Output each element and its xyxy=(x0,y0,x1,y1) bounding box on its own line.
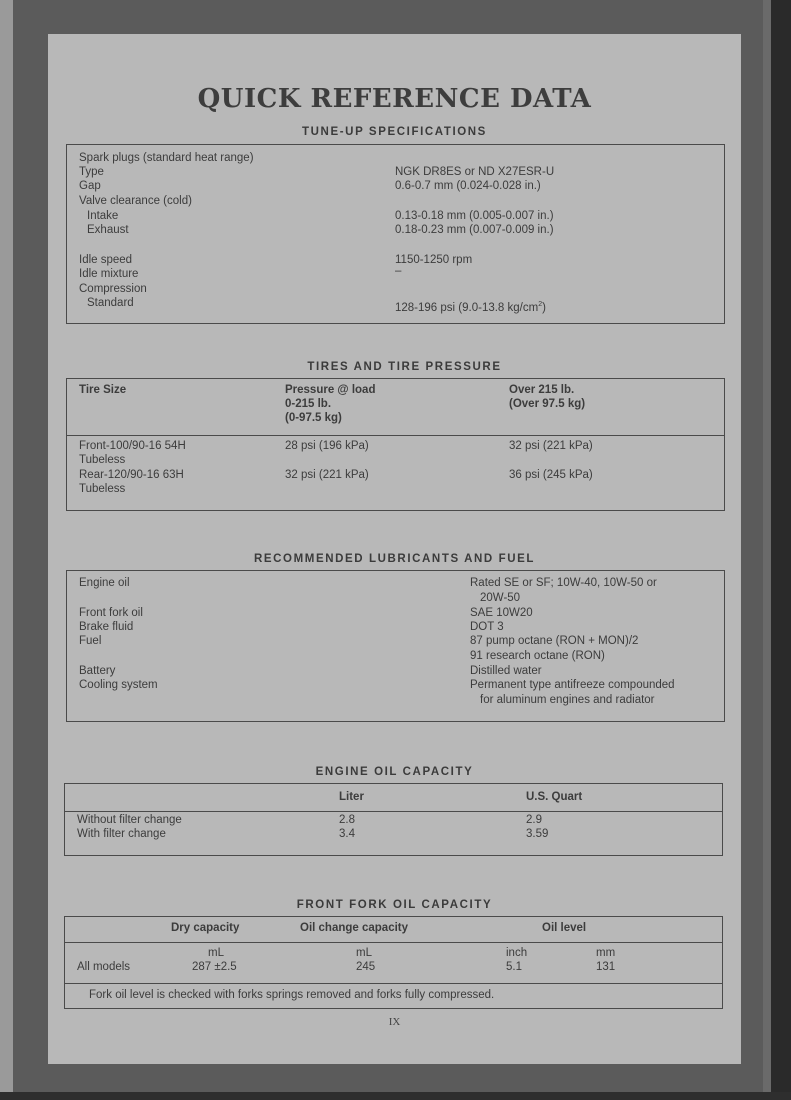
over-header-2: (Over 97.5 kg) xyxy=(509,397,585,412)
divider xyxy=(65,811,722,812)
mm-unit: mm xyxy=(596,946,615,961)
dry-value: 287 ±2.5 xyxy=(192,960,237,975)
tune-up-title: TUNE-UP SPECIFICATIONS xyxy=(48,126,741,138)
tune-up-value: 0.18-0.23 mm (0.007-0.009 in.) xyxy=(395,223,554,238)
tune-up-label: Intake xyxy=(87,209,118,224)
tune-up-value: – xyxy=(395,264,401,279)
oil-level-header: Oil level xyxy=(542,921,586,936)
tire-type: Tubeless xyxy=(79,482,125,497)
tune-up-table: Spark plugs (standard heat range) Type N… xyxy=(66,144,725,324)
compression-value-text: 128-196 psi (9.0-13.8 kg/cm xyxy=(395,302,538,314)
dry-unit: mL xyxy=(208,946,224,961)
over-header-1: Over 215 lb. xyxy=(509,383,574,398)
lubricant-value: for aluminum engines and radiator xyxy=(480,693,655,708)
tune-up-label: Gap xyxy=(79,179,101,194)
lubricants-table: Engine oil Front fork oil Brake fluid Fu… xyxy=(66,570,725,722)
engine-oil-table: Liter U.S. Quart Without filter change 2… xyxy=(64,783,723,856)
fork-oil-title: FRONT FORK OIL CAPACITY xyxy=(48,899,741,911)
divider xyxy=(65,983,722,984)
background-edge-bottom xyxy=(0,1092,791,1100)
fork-oil-note: Fork oil level is checked with forks spr… xyxy=(89,988,494,1003)
tune-up-value: 0.6-0.7 mm (0.024-0.028 in.) xyxy=(395,179,541,194)
tune-up-label: Valve clearance (cold) xyxy=(79,194,192,209)
lubricants-title: RECOMMENDED LUBRICANTS AND FUEL xyxy=(48,553,741,565)
lubricant-value: 20W-50 xyxy=(480,591,520,606)
tune-up-value: 1150-1250 rpm xyxy=(395,253,472,268)
inch-value: 5.1 xyxy=(506,960,522,975)
tire-size: Rear-120/90-16 63H xyxy=(79,468,184,483)
lubricant-label: Front fork oil xyxy=(79,606,143,621)
lubricant-value: SAE 10W20 xyxy=(470,606,533,621)
fork-row-label: All models xyxy=(77,960,130,975)
liter-header: Liter xyxy=(339,790,364,805)
oil-change-header: Oil change capacity xyxy=(300,921,408,936)
dry-capacity-header: Dry capacity xyxy=(171,921,239,936)
tire-type: Tubeless xyxy=(79,453,125,468)
lubricant-value: Permanent type antifreeze compounded xyxy=(470,678,675,693)
oil-row-label: With filter change xyxy=(77,827,166,842)
mm-value: 131 xyxy=(596,960,615,975)
lubricant-value: Distilled water xyxy=(470,664,542,679)
oil-row-label: Without filter change xyxy=(77,813,182,828)
change-unit: mL xyxy=(356,946,372,961)
load-header-1: Pressure @ load xyxy=(285,383,375,398)
tire-size: Front-100/90-16 54H xyxy=(79,439,186,454)
lubricant-value: DOT 3 xyxy=(470,620,504,635)
book-binding-edge xyxy=(0,0,13,1100)
tune-up-value: 0.13-0.18 mm (0.005-0.007 in.) xyxy=(395,209,554,224)
tune-up-label: Idle speed xyxy=(79,253,132,268)
quart-header: U.S. Quart xyxy=(526,790,582,805)
tune-up-label: Compression xyxy=(79,282,147,297)
lubricant-value: 87 pump octane (RON + MON)/2 xyxy=(470,634,638,649)
lubricant-label: Fuel xyxy=(79,634,101,649)
tires-title: TIRES AND TIRE PRESSURE xyxy=(58,361,751,373)
tune-up-label: Exhaust xyxy=(87,223,129,238)
oil-quart: 3.59 xyxy=(526,827,548,842)
lubricant-value: Rated SE or SF; 10W-40, 10W-50 or xyxy=(470,576,657,591)
fork-oil-table: Dry capacity Oil change capacity Oil lev… xyxy=(64,916,723,1009)
change-value: 245 xyxy=(356,960,375,975)
background-edge xyxy=(771,0,791,1100)
page-title: QUICK REFERENCE DATA xyxy=(48,84,741,114)
tune-up-label: Standard xyxy=(87,296,134,311)
divider xyxy=(67,435,724,436)
page-edge xyxy=(763,0,771,1100)
oil-liter: 2.8 xyxy=(339,813,355,828)
tire-pressure-over: 32 psi (221 kPa) xyxy=(509,439,593,454)
tune-up-label: Type xyxy=(79,165,104,180)
lubricant-value: 91 research octane (RON) xyxy=(470,649,605,664)
tires-table: Tire Size Pressure @ load 0-215 lb. (0-9… xyxy=(66,378,725,511)
compression-value: 128-196 psi (9.0-13.8 kg/cm2) xyxy=(395,298,546,315)
divider xyxy=(65,942,722,943)
tire-pressure-over: 36 psi (245 kPa) xyxy=(509,468,593,483)
oil-liter: 3.4 xyxy=(339,827,355,842)
tune-up-label: Idle mixture xyxy=(79,267,138,282)
compression-value-end: ) xyxy=(542,302,546,314)
lubricant-label: Cooling system xyxy=(79,678,158,693)
lubricant-label: Brake fluid xyxy=(79,620,133,635)
lubricant-label: Battery xyxy=(79,664,115,679)
tune-up-label: Spark plugs (standard heat range) xyxy=(79,151,254,166)
lubricant-label: Engine oil xyxy=(79,576,130,591)
load-header-3: (0-97.5 kg) xyxy=(285,411,342,426)
tune-up-value: NGK DR8ES or ND X27ESR-U xyxy=(395,165,554,180)
tire-size-header: Tire Size xyxy=(79,383,126,398)
engine-oil-title: ENGINE OIL CAPACITY xyxy=(48,766,741,778)
inch-unit: inch xyxy=(506,946,527,961)
document-page: QUICK REFERENCE DATA TUNE-UP SPECIFICATI… xyxy=(48,34,741,1064)
tire-pressure-load: 28 psi (196 kPa) xyxy=(285,439,369,454)
oil-quart: 2.9 xyxy=(526,813,542,828)
load-header-2: 0-215 lb. xyxy=(285,397,331,412)
page-number: IX xyxy=(48,1016,741,1028)
tire-pressure-load: 32 psi (221 kPa) xyxy=(285,468,369,483)
